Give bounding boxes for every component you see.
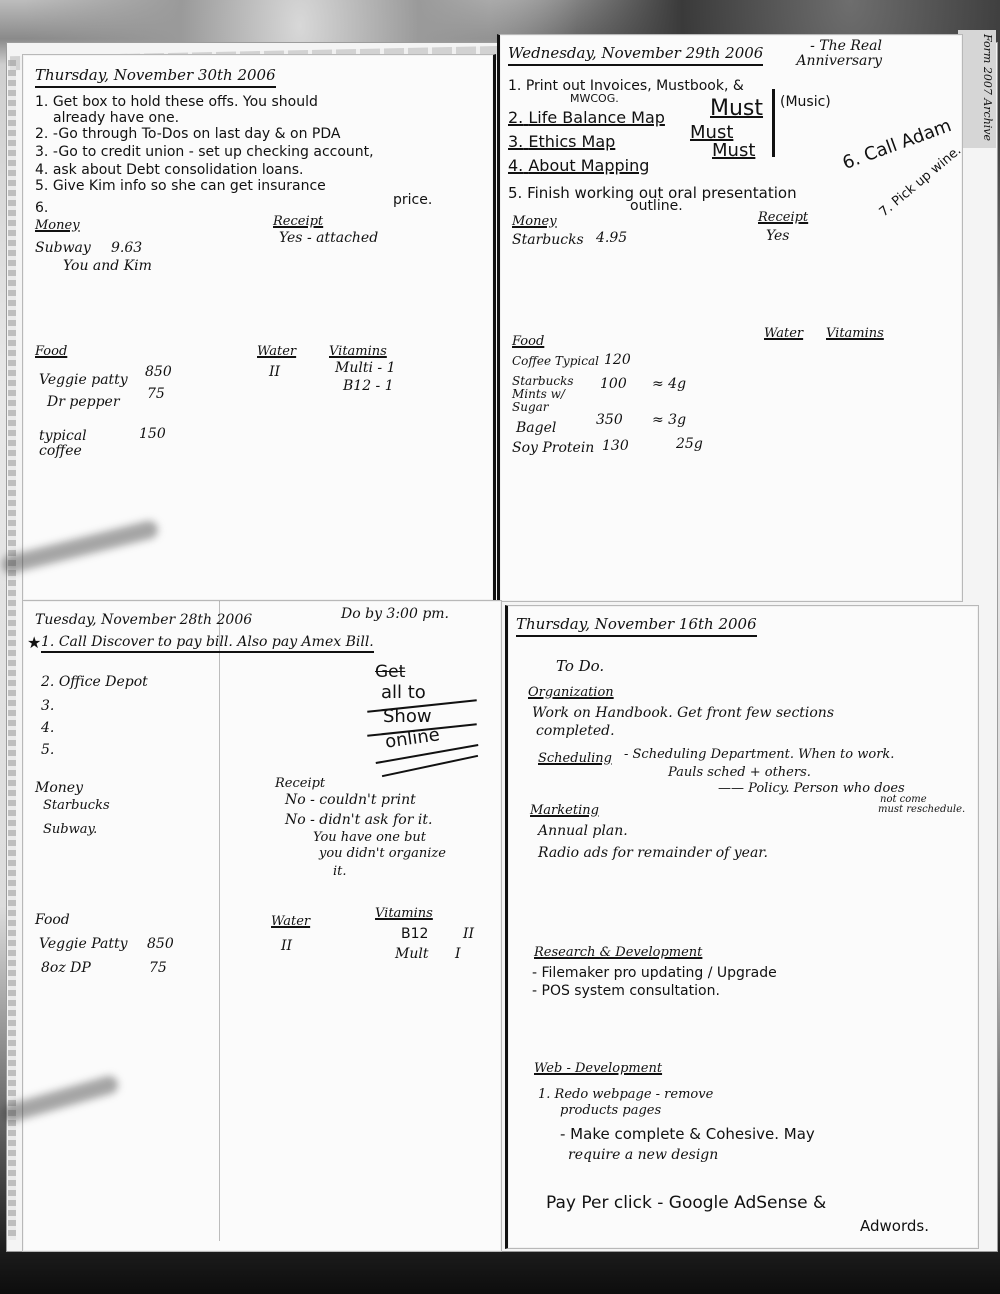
food-calories: 130 — [602, 439, 629, 454]
sheet-date: Wednesday, November 29th 2006 — [508, 45, 763, 66]
sheet-date: Thursday, November 30th 2006 — [35, 67, 276, 88]
food-heading: Food — [512, 335, 544, 349]
bracket-line — [772, 89, 775, 157]
receipt-heading: Receipt — [273, 215, 323, 229]
todo-item: 6. — [35, 201, 48, 216]
vitamins-heading: Vitamins — [826, 327, 884, 341]
todo-item: 3. — [41, 699, 54, 714]
water-heading: Water — [271, 915, 310, 929]
receipt-entry: it. — [333, 865, 347, 879]
callout-line: online — [384, 725, 441, 752]
vitamin-entry: Multi - 1 — [335, 361, 395, 376]
vitamin-name: Mult — [395, 947, 428, 962]
food-calories: 75 — [147, 387, 165, 402]
food-item: Coffee Typical — [512, 355, 599, 368]
food-item: Veggie Patty — [39, 937, 128, 952]
receipt-entry: you didn't organize — [319, 847, 446, 861]
food-extra: ≈ 3g — [652, 413, 686, 428]
water-heading: Water — [764, 327, 803, 341]
todo-item-cont: price. — [393, 193, 432, 208]
receipt-heading: Receipt — [275, 777, 325, 791]
food-item: 8oz DP — [41, 961, 91, 976]
archive-tab-line2: Archive — [981, 98, 994, 141]
paper-fold — [219, 601, 220, 1241]
todo-title: To Do. — [556, 658, 604, 675]
water-heading: Water — [257, 345, 296, 359]
date-note: - The Real Anniversary — [762, 39, 882, 70]
vitamin-count: I — [455, 947, 461, 962]
money-note: You and Kim — [63, 259, 152, 274]
todo-item: 4. ask about Debt consolidation loans. — [35, 163, 303, 178]
food-extra: 25g — [676, 437, 703, 452]
note-sheet-thursday-nov-30: Thursday, November 30th 2006 1. Get box … — [22, 54, 496, 601]
section-line: - Make complete & Cohesive. May — [560, 1126, 815, 1143]
section-line: —— Policy. Person who does — [718, 782, 905, 796]
section-line: must reschedule. — [878, 804, 965, 815]
todo-item: 2. -Go through To-Dos on last day & on P… — [35, 127, 340, 142]
money-amount: 4.95 — [596, 231, 627, 246]
section-line: - Scheduling Department. When to work. — [624, 748, 894, 762]
todo-item: 4. About Mapping — [508, 157, 649, 175]
todo-item: 3. -Go to credit union - set up checking… — [35, 145, 374, 160]
receipt-heading: Receipt — [758, 211, 808, 225]
todo-item: 1. Call Discover to pay bill. Also pay A… — [41, 635, 374, 653]
bracket-note: (Music) — [780, 95, 831, 110]
todo-item: 1. Get box to hold these offs. You shoul… — [35, 95, 318, 110]
food-calories: 150 — [139, 427, 166, 442]
food-heading: Food — [35, 345, 67, 359]
todo-item-cont: already have one. — [53, 111, 179, 126]
todo-item: 4. — [41, 721, 54, 736]
water-count: II — [281, 939, 292, 954]
water-count: II — [269, 365, 280, 380]
callout-line: Show — [383, 707, 432, 727]
section-line: 1. Redo webpage - remove — [538, 1088, 713, 1102]
money-heading: Money — [35, 219, 80, 233]
section-heading: Web - Development — [534, 1062, 662, 1076]
archive-tab: Form 2007 Archive — [958, 30, 996, 148]
money-amount: 9.63 — [111, 241, 142, 256]
must-tag: Must — [710, 97, 763, 121]
callout-line: all to — [381, 683, 426, 703]
receipt-entry: No - didn't ask for it. — [285, 813, 432, 828]
food-calories: 75 — [149, 961, 167, 976]
vitamin-count: II — [463, 927, 474, 942]
note-sheet-tuesday-nov-28: Tuesday, November 28th 2006 Do by 3:00 p… — [22, 600, 502, 1252]
sheet-date: Thursday, November 16th 2006 — [516, 616, 757, 637]
todo-item-cont: outline. — [630, 199, 683, 214]
food-item: Veggie patty — [39, 373, 128, 388]
food-item: Starbucks Mints w/ Sugar — [512, 375, 592, 415]
receipt-entry: You have one but — [313, 831, 426, 845]
food-calories: 850 — [145, 365, 172, 380]
money-item: Starbucks — [512, 233, 584, 248]
food-extra: ≈ 4g — [652, 377, 686, 392]
money-item: Starbucks — [43, 799, 110, 813]
due-note: Do by 3:00 pm. — [341, 607, 449, 622]
vitamin-entry: B12 - 1 — [343, 379, 394, 394]
money-item: Subway — [35, 241, 91, 256]
todo-item: 5. Give Kim info so she can get insuranc… — [35, 179, 326, 194]
section-line: Work on Handbook. Get front few sections — [532, 706, 834, 721]
vitamins-heading: Vitamins — [375, 907, 433, 921]
footer-note: Pay Per click - Google AdSense & — [546, 1194, 826, 1213]
sheet-date: Tuesday, November 28th 2006 — [35, 613, 252, 628]
archive-tab-line1: Form 2007 — [981, 34, 994, 95]
sleeve-binding-edge — [8, 60, 16, 1240]
food-item: typical coffee — [39, 429, 109, 460]
food-calories: 850 — [147, 937, 174, 952]
receipt-entry: Yes — [766, 229, 790, 244]
section-heading: Research & Development — [534, 946, 702, 960]
todo-item: 2. Life Balance Map — [508, 109, 665, 127]
todo-item: 2. Office Depot — [41, 675, 148, 690]
section-line: require a new design — [568, 1148, 718, 1163]
section-line: - POS system consultation. — [532, 984, 720, 999]
food-calories: 350 — [596, 413, 623, 428]
section-line: - Filemaker pro updating / Upgrade — [532, 966, 777, 981]
section-heading: Organization — [528, 686, 614, 700]
star-icon: ★ — [27, 633, 41, 652]
todo-item: 5. — [41, 743, 54, 758]
food-calories: 120 — [604, 353, 631, 368]
money-item: Subway. — [43, 823, 97, 837]
todo-item: 3. Ethics Map — [508, 133, 615, 151]
note-sheet-wednesday-nov-29: Wednesday, November 29th 2006 - The Real… — [497, 34, 963, 602]
food-heading: Food — [35, 913, 70, 928]
receipt-entry: No - couldn't print — [285, 793, 416, 808]
todo-item-cont: MWCOG. — [570, 93, 619, 105]
vitamins-heading: Vitamins — [329, 345, 387, 359]
must-tag: Must — [712, 141, 755, 161]
section-line: products pages — [560, 1104, 661, 1118]
food-calories: 100 — [600, 377, 627, 392]
section-heading: Scheduling — [538, 752, 612, 766]
footer-note: Adwords. — [860, 1218, 929, 1235]
note-sheet-thursday-nov-16: Thursday, November 16th 2006 To Do. Orga… — [505, 605, 979, 1249]
section-line: completed. — [536, 724, 615, 739]
money-heading: Money — [35, 781, 83, 796]
receipt-entry: Yes - attached — [279, 231, 378, 246]
section-heading: Marketing — [530, 804, 599, 818]
section-line: Radio ads for remainder of year. — [538, 846, 768, 861]
section-line: Pauls sched + others. — [668, 766, 811, 780]
todo-item: 1. Print out Invoices, Mustbook, & — [508, 79, 744, 94]
callout-line: Get — [375, 663, 405, 682]
food-item: Bagel — [516, 421, 556, 436]
money-heading: Money — [512, 215, 557, 229]
vitamin-name: B12 — [401, 927, 428, 942]
section-line: Annual plan. — [538, 824, 628, 839]
food-item: Soy Protein — [512, 441, 594, 456]
food-item: Dr pepper — [47, 395, 120, 410]
